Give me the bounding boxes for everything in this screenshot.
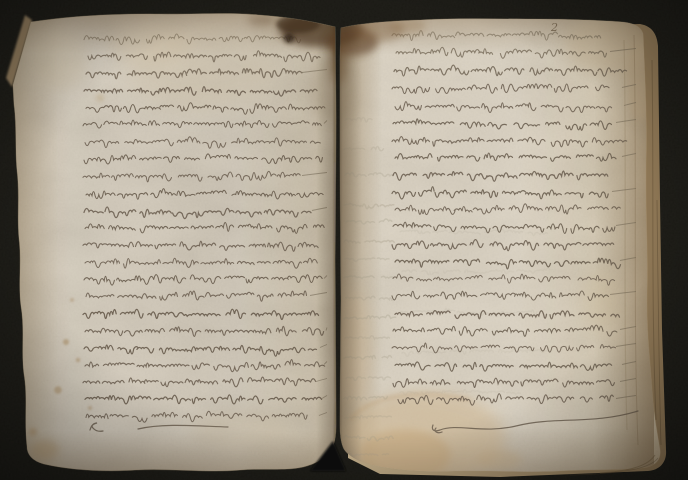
- photo-vignette: [0, 0, 688, 480]
- manuscript-photo: 2: [0, 0, 688, 480]
- manuscript-scan: 2: [0, 0, 688, 480]
